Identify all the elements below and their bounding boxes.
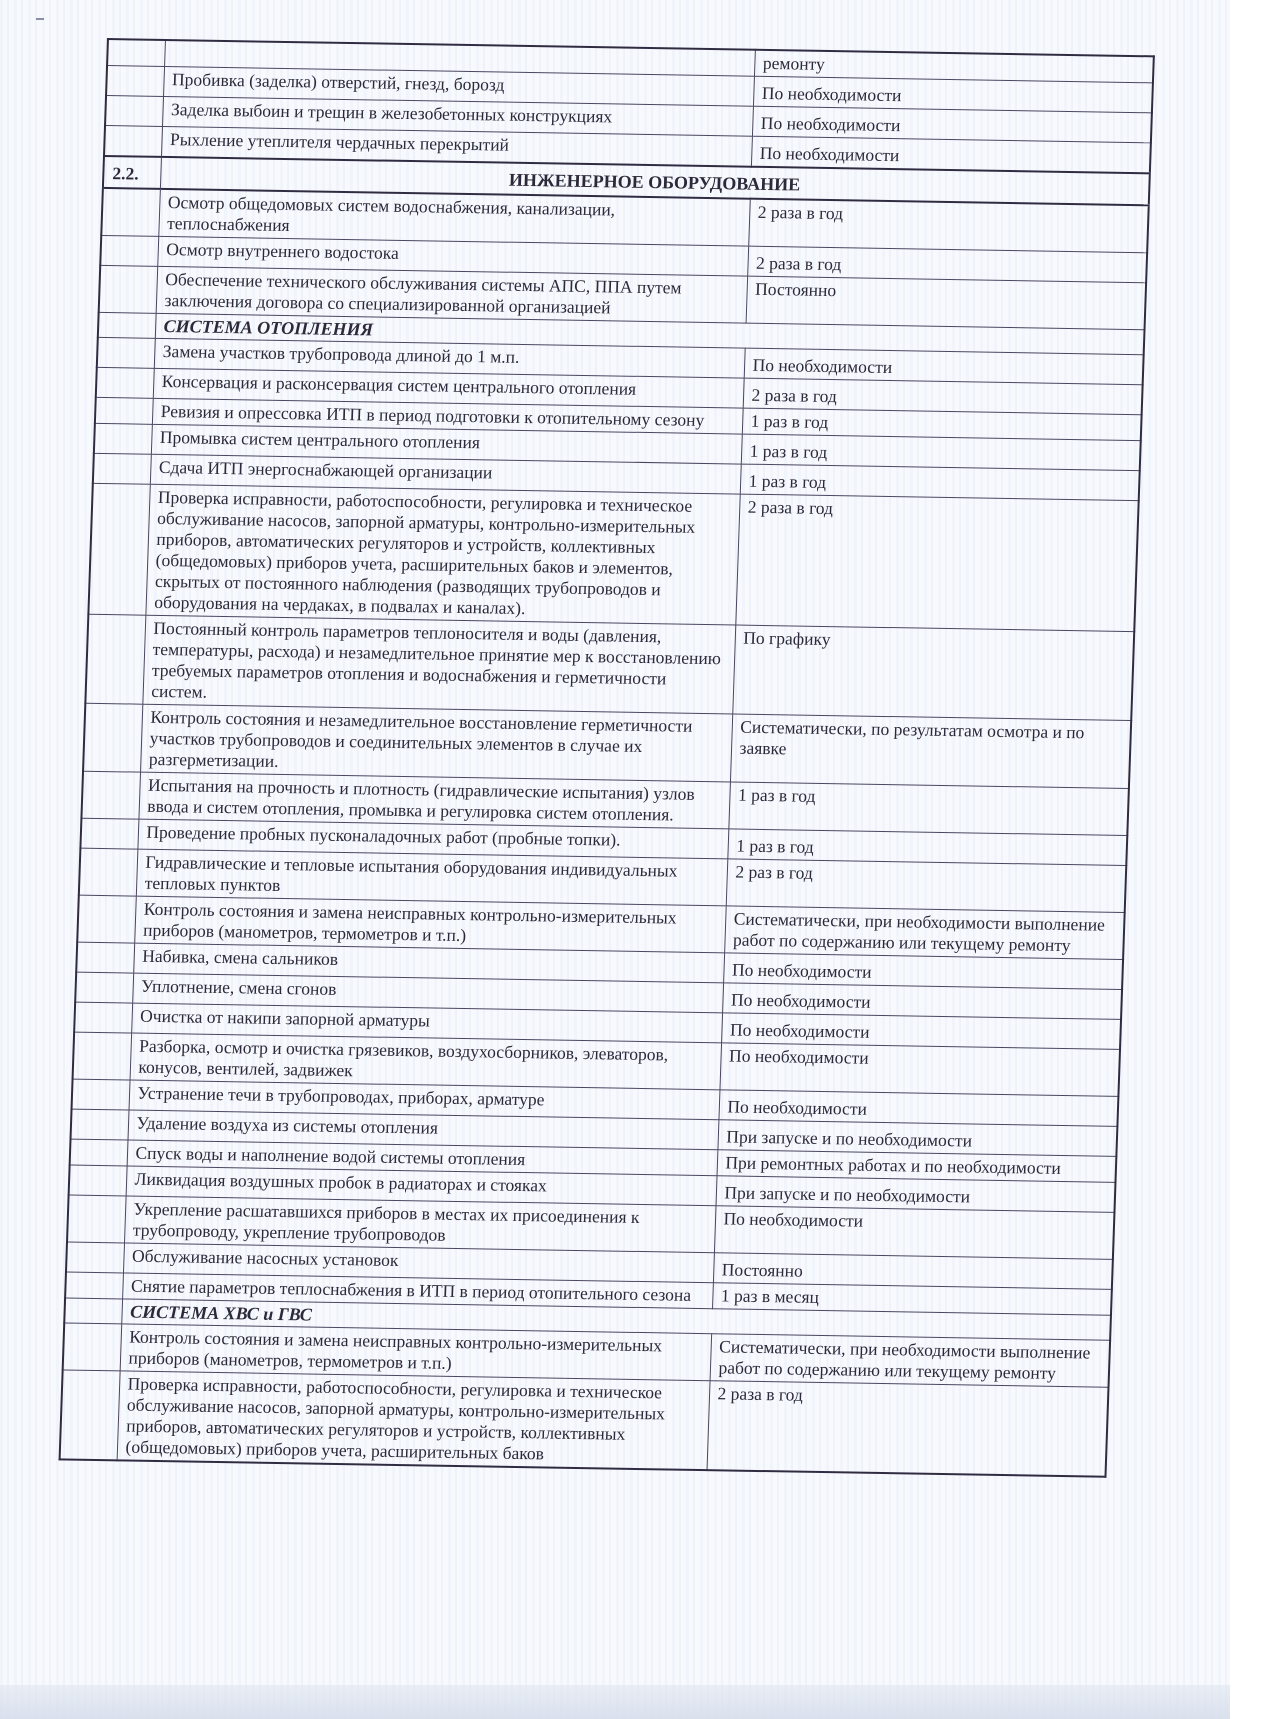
work-description: Контроль состояния и незамедлительное во… — [140, 704, 732, 782]
scan-mark — [36, 18, 44, 20]
row-number — [104, 125, 162, 156]
row-number — [77, 895, 136, 943]
row-number — [88, 483, 149, 615]
table-row: Постоянный контроль параметров теплоноси… — [85, 614, 1134, 720]
row-number — [107, 39, 165, 66]
work-frequency: По необходимости — [719, 1043, 1120, 1097]
row-number — [99, 265, 158, 313]
row-number — [64, 1298, 122, 1324]
row-number — [75, 972, 133, 1003]
row-number — [83, 703, 142, 772]
work-description: Постоянный контроль параметров теплоноси… — [142, 615, 735, 714]
row-number — [106, 66, 164, 97]
work-frequency: Систематически, по результатам осмотра и… — [730, 714, 1131, 789]
row-number — [73, 1032, 132, 1080]
row-number — [85, 614, 145, 704]
row-number — [74, 1002, 132, 1033]
row-number — [76, 942, 134, 973]
row-number — [98, 312, 156, 338]
row-number — [72, 1079, 130, 1110]
maintenance-schedule-table: ремонту Пробивка (заделка) отверстий, гн… — [59, 38, 1155, 1478]
row-number — [97, 337, 155, 368]
table-body: ремонту Пробивка (заделка) отверстий, гн… — [60, 39, 1154, 1477]
row-number — [101, 188, 160, 236]
work-frequency: По графику — [732, 625, 1134, 721]
work-frequency: 2 раз в год — [726, 859, 1127, 913]
work-frequency: 1 раз в год — [728, 782, 1129, 836]
work-frequency: По необходимости — [714, 1206, 1115, 1260]
table-row: Проверка исправности, работоспособности,… — [60, 1370, 1109, 1477]
row-number — [69, 1165, 127, 1196]
row-number — [67, 1195, 126, 1243]
row-number — [96, 367, 154, 398]
row-number — [95, 397, 153, 424]
row-number — [79, 848, 138, 896]
row-number — [80, 818, 138, 849]
scan-bottom-edge — [0, 1685, 1230, 1719]
row-number — [70, 1139, 128, 1166]
row-number — [81, 771, 140, 819]
row-number — [105, 95, 163, 126]
row-number — [93, 453, 151, 484]
work-frequency: 2 раза в год — [707, 1381, 1109, 1477]
row-number — [65, 1272, 123, 1299]
row-number — [71, 1109, 129, 1140]
work-description: Проверка исправности, работоспособности,… — [117, 1371, 710, 1470]
work-frequency: 2 раза в год — [748, 199, 1149, 253]
maintenance-table-wrapper: ремонту Пробивка (заделка) отверстий, гн… — [59, 38, 1153, 1478]
work-frequency: 2 раза в год — [735, 494, 1138, 632]
table-row: Проверка исправности, работоспособности,… — [88, 483, 1138, 631]
row-number — [63, 1323, 122, 1371]
work-frequency: Постоянно — [746, 276, 1147, 330]
scanned-page: ремонту Пробивка (заделка) отверстий, гн… — [0, 0, 1230, 1719]
row-number — [66, 1242, 124, 1273]
row-number — [94, 423, 152, 454]
row-number — [60, 1370, 120, 1460]
work-frequency: Систематически, при необходимости выполн… — [710, 1334, 1111, 1388]
work-frequency: Систематически, при необходимости выполн… — [724, 906, 1125, 960]
work-description: Проверка исправности, работоспособности,… — [145, 484, 739, 625]
row-number — [100, 235, 158, 266]
section-number: 2.2. — [103, 156, 161, 189]
